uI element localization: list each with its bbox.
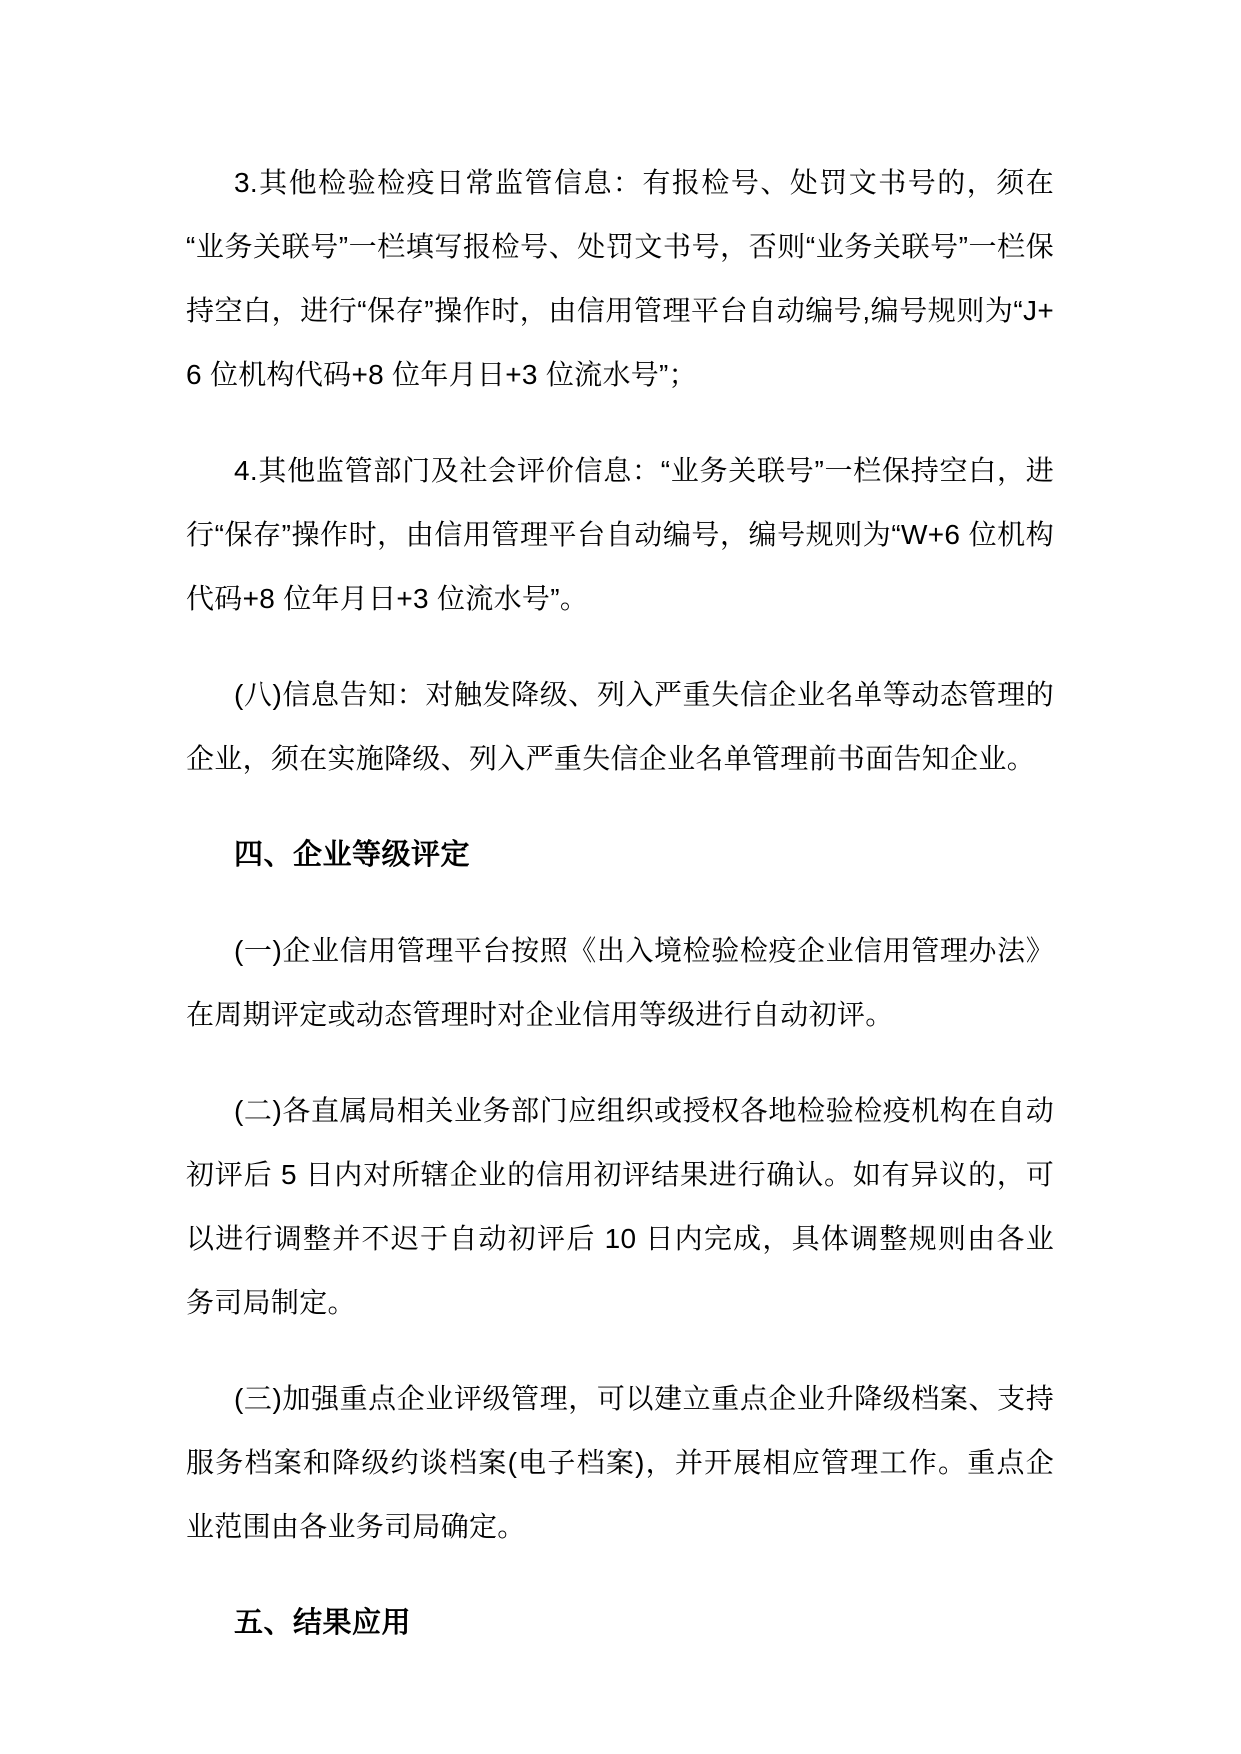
- paragraph-other-inspection-quarantine-daily-supervision-info: 3.其他检验检疫日常监管信息：有报检号、处罚文书号的，须在“业务关联号”一栏填写…: [186, 151, 1054, 407]
- paragraph-key-enterprise-rating-management: (三)加强重点企业评级管理，可以建立重点企业升降级档案、支持服务档案和降级约谈档…: [186, 1367, 1054, 1559]
- paragraph-other-supervision-and-social-evaluation-info: 4.其他监管部门及社会评价信息：“业务关联号”一栏保持空白，进行“保存”操作时，…: [186, 439, 1054, 631]
- paragraph-bureau-confirmation-and-adjustment: (二)各直属局相关业务部门应组织或授权各地检验检疫机构在自动初评后 5 日内对所…: [186, 1079, 1054, 1335]
- section-heading-result-application: 五、结果应用: [186, 1591, 1054, 1655]
- section-heading-enterprise-grade-evaluation: 四、企业等级评定: [186, 823, 1054, 887]
- document-page: 3.其他检验检疫日常监管信息：有报检号、处罚文书号的，须在“业务关联号”一栏填写…: [0, 0, 1241, 1754]
- paragraph-credit-platform-auto-initial-rating: (一)企业信用管理平台按照《出入境检验检疫企业信用管理办法》在周期评定或动态管理…: [186, 919, 1054, 1047]
- paragraph-information-notification: (八)信息告知：对触发降级、列入严重失信企业名单等动态管理的企业，须在实施降级、…: [186, 663, 1054, 791]
- document-content: 3.其他检验检疫日常监管信息：有报检号、处罚文书号的，须在“业务关联号”一栏填写…: [186, 119, 1054, 1687]
